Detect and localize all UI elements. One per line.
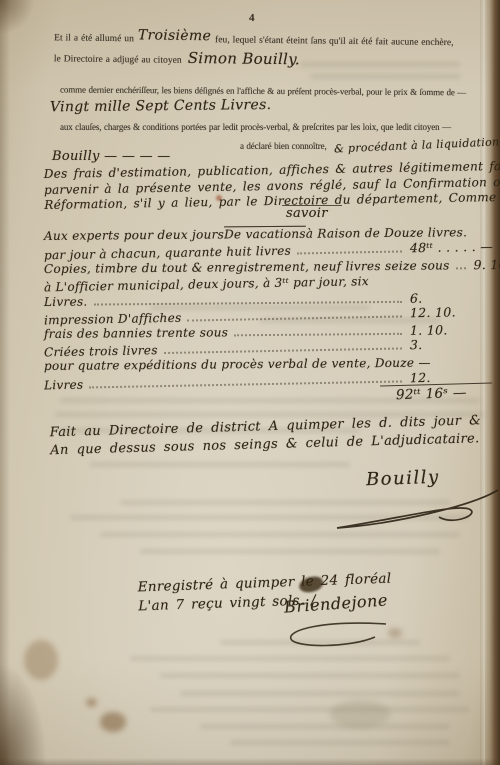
handwritten-troisieme: Troisième (134, 27, 215, 44)
handwritten-price: Vingt mille Sept Cents Livres. (50, 95, 496, 116)
fees-table: Aux experts pour deux jours De vacations… (44, 227, 496, 389)
bleed-mark (230, 740, 450, 745)
paper-stain (86, 698, 97, 707)
document-page: 4 Et il a été allumé unTroisièmefeu, leq… (0, 0, 500, 765)
closing-paragraph: Fait au Directoire de district A quimper… (50, 412, 496, 459)
bleed-mark (90, 462, 350, 467)
fee-leader (94, 301, 403, 306)
fee-amount: 12. 10. (410, 304, 496, 321)
page-edge-left (0, 0, 10, 765)
bleed-mark (140, 549, 440, 554)
declaration-line: a déclaré bien connoître, & procédant à … (240, 136, 499, 154)
printed-text: le Directoire a adjugé au citoyen (54, 54, 182, 66)
fee-amount: 48ᵗᵗ . . . . . — (410, 239, 496, 256)
bleed-mark (200, 724, 450, 729)
fee-label: Livres (44, 377, 84, 392)
adjudication-paragraph: Et il a été allumé unTroisièmefeu, leque… (54, 27, 496, 71)
fee-leader (456, 268, 466, 270)
fees-total: 92ᵗᵗ 16ˢ — (396, 385, 467, 403)
fee-label-overlined: De vacations (224, 227, 306, 242)
handwritten-liquidation: & procédant à la liquidation (330, 135, 499, 155)
bleed-mark (130, 656, 450, 661)
printed-text: feu, lequel s'étant éteint ſans qu'il ai… (215, 35, 454, 48)
fee-amount: 3. (410, 336, 496, 353)
corner-shadow-bottom-left (0, 665, 46, 765)
paper-stain (330, 700, 390, 728)
fee-leader (89, 380, 402, 388)
fee-label: à Raison de Douze livres. (306, 225, 467, 240)
signature-flourish (332, 486, 500, 530)
handwritten-bouilly-dashes: Bouilly — — — — (52, 149, 171, 164)
fee-leader (234, 333, 402, 336)
paper-stain (24, 640, 58, 680)
corner-shadow-top-left (0, 0, 34, 34)
price-paragraph: comme dernier enchériſſeur, les biens dé… (60, 84, 496, 114)
handwritten-buyer-name: Simon Bouilly. (182, 49, 301, 68)
fee-leader (188, 315, 403, 321)
fee-label: pour quatre expéditions du procès verbal… (44, 355, 431, 372)
bleed-mark (180, 691, 460, 696)
clauses-printed-line: aux clauſes, charges & conditions portée… (60, 122, 496, 132)
printed-text: Et il a été allumé un (54, 33, 134, 44)
savoir-heading: savoir (282, 205, 342, 221)
printed-text: a déclaré bien connoître, (240, 141, 327, 151)
page-number: 4 (249, 12, 255, 24)
fee-amount: 9. 16. (473, 257, 500, 273)
fee-label: Livres. (44, 294, 88, 308)
bleed-mark (160, 673, 460, 678)
page-edge-bottom (0, 758, 500, 765)
adjudication-line-2: le Directoire a adjugé au citoyenSimon B… (54, 47, 496, 71)
fee-leader (164, 348, 402, 355)
paper-stain (100, 712, 126, 732)
registrar-signature-flourish (278, 620, 393, 652)
bleed-mark (310, 74, 460, 79)
bleed-mark (100, 532, 460, 537)
fee-label: frais des bannies trente sous (44, 325, 228, 341)
fees-intro: Des frais d'estimation, publication, aff… (44, 159, 500, 213)
fee-label: Aux experts pour deux jours (44, 227, 224, 243)
bleed-mark (150, 707, 470, 712)
fee-leader (297, 251, 402, 255)
